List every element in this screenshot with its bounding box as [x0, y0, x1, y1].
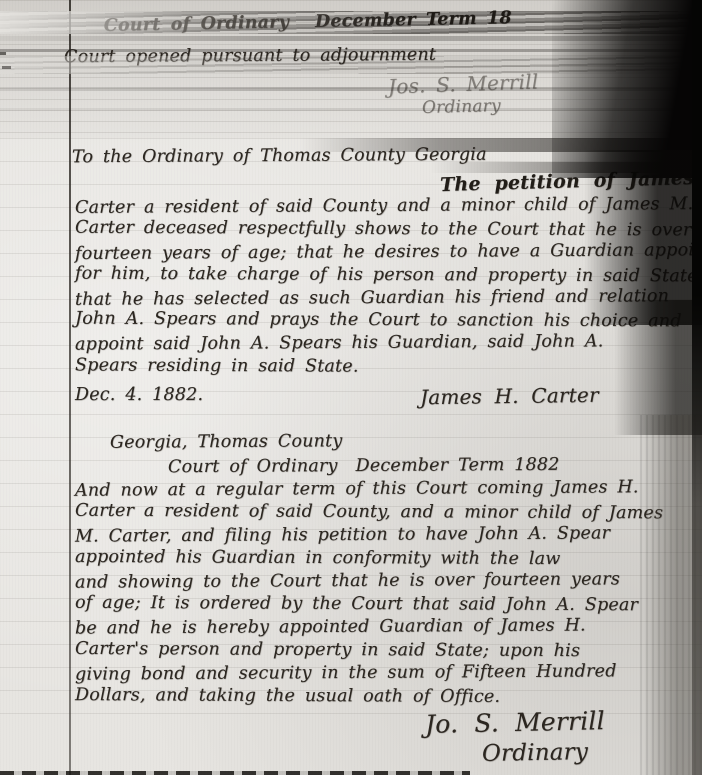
- order-signature: Jo. S. Merrill: [425, 706, 605, 739]
- order-body-line: of age; It is ordered by the Court that …: [75, 593, 638, 615]
- petition-body-line: fourteen years of age; that he desires t…: [75, 240, 702, 264]
- order-body-line: M. Carter, and filing his petition to ha…: [75, 523, 610, 546]
- order-body-line: Carter a resident of said County, and a …: [75, 501, 663, 524]
- petition-body-line: appoint said John A. Spears his Guardian…: [75, 331, 604, 354]
- order-body-line: Carter's person and property in said Sta…: [75, 639, 580, 661]
- court-header-line: Court of Ordinary December Term 18: [104, 8, 512, 36]
- petition-body-line: for him, to take charge of his person an…: [75, 264, 702, 287]
- court-header-court-label: Court of Ordinary: [104, 12, 290, 36]
- petition-body-line: John A. Spears and prays the Court to sa…: [75, 309, 682, 332]
- scanned-document-page: Court of Ordinary December Term 18 Court…: [0, 0, 702, 775]
- order-term-label: December Term 1882: [356, 455, 560, 476]
- order-body-line: giving bond and security in the sum of F…: [75, 661, 617, 684]
- petition-body-line: Carter a resident of said County and a m…: [75, 194, 693, 218]
- order-body-line: and showing to the Court that he is over…: [75, 569, 620, 592]
- margin-rule-line: [69, 0, 71, 775]
- header-signature-title: Ordinary: [422, 96, 501, 118]
- scan-shadow-right-edge: [692, 0, 702, 775]
- petition-salutation: To the Ordinary of Thomas County Georgia: [72, 145, 487, 168]
- order-body-line: appointed his Guardian in conformity wit…: [75, 547, 561, 569]
- court-header-term-label: December Term 18: [315, 8, 512, 32]
- scan-streak-band: [0, 87, 702, 91]
- scan-speck: [2, 66, 11, 69]
- petition-opening-line: The petition of James H.: [440, 166, 702, 196]
- petition-signature: James H. Carter: [420, 383, 599, 409]
- petition-body-line: that he has selected as such Guardian hi…: [75, 286, 669, 310]
- header-signature: Jos. S. Merrill: [388, 69, 539, 98]
- order-court-term-heading: Court of Ordinary December Term 1882: [168, 455, 560, 477]
- order-body-line: And now at a regular term of this Court …: [75, 477, 639, 500]
- order-court-label: Court of Ordinary: [168, 456, 338, 477]
- scan-shadow-top-right: [552, 0, 702, 178]
- petition-body-line: Carter deceased respectfully shows to th…: [75, 218, 692, 241]
- petition-date: Dec. 4. 1882.: [75, 385, 203, 405]
- scan-streak-band: [0, 108, 702, 111]
- order-signature-title: Ordinary: [482, 739, 588, 767]
- court-opened-line: Court opened pursuant to adjournment: [64, 45, 436, 67]
- scan-bottom-edge-strip: [0, 771, 470, 775]
- scan-streak-band: [0, 36, 702, 41]
- order-state-county-heading: Georgia, Thomas County: [110, 431, 343, 452]
- order-body-line: be and he is hereby appointed Guardian o…: [75, 615, 586, 638]
- scan-speck: [0, 52, 6, 55]
- petition-body-line: Spears residing in said State.: [75, 355, 359, 376]
- order-body-line: Dollars, and taking the usual oath of Of…: [75, 685, 500, 707]
- scan-shadow-right-gray: [640, 415, 702, 775]
